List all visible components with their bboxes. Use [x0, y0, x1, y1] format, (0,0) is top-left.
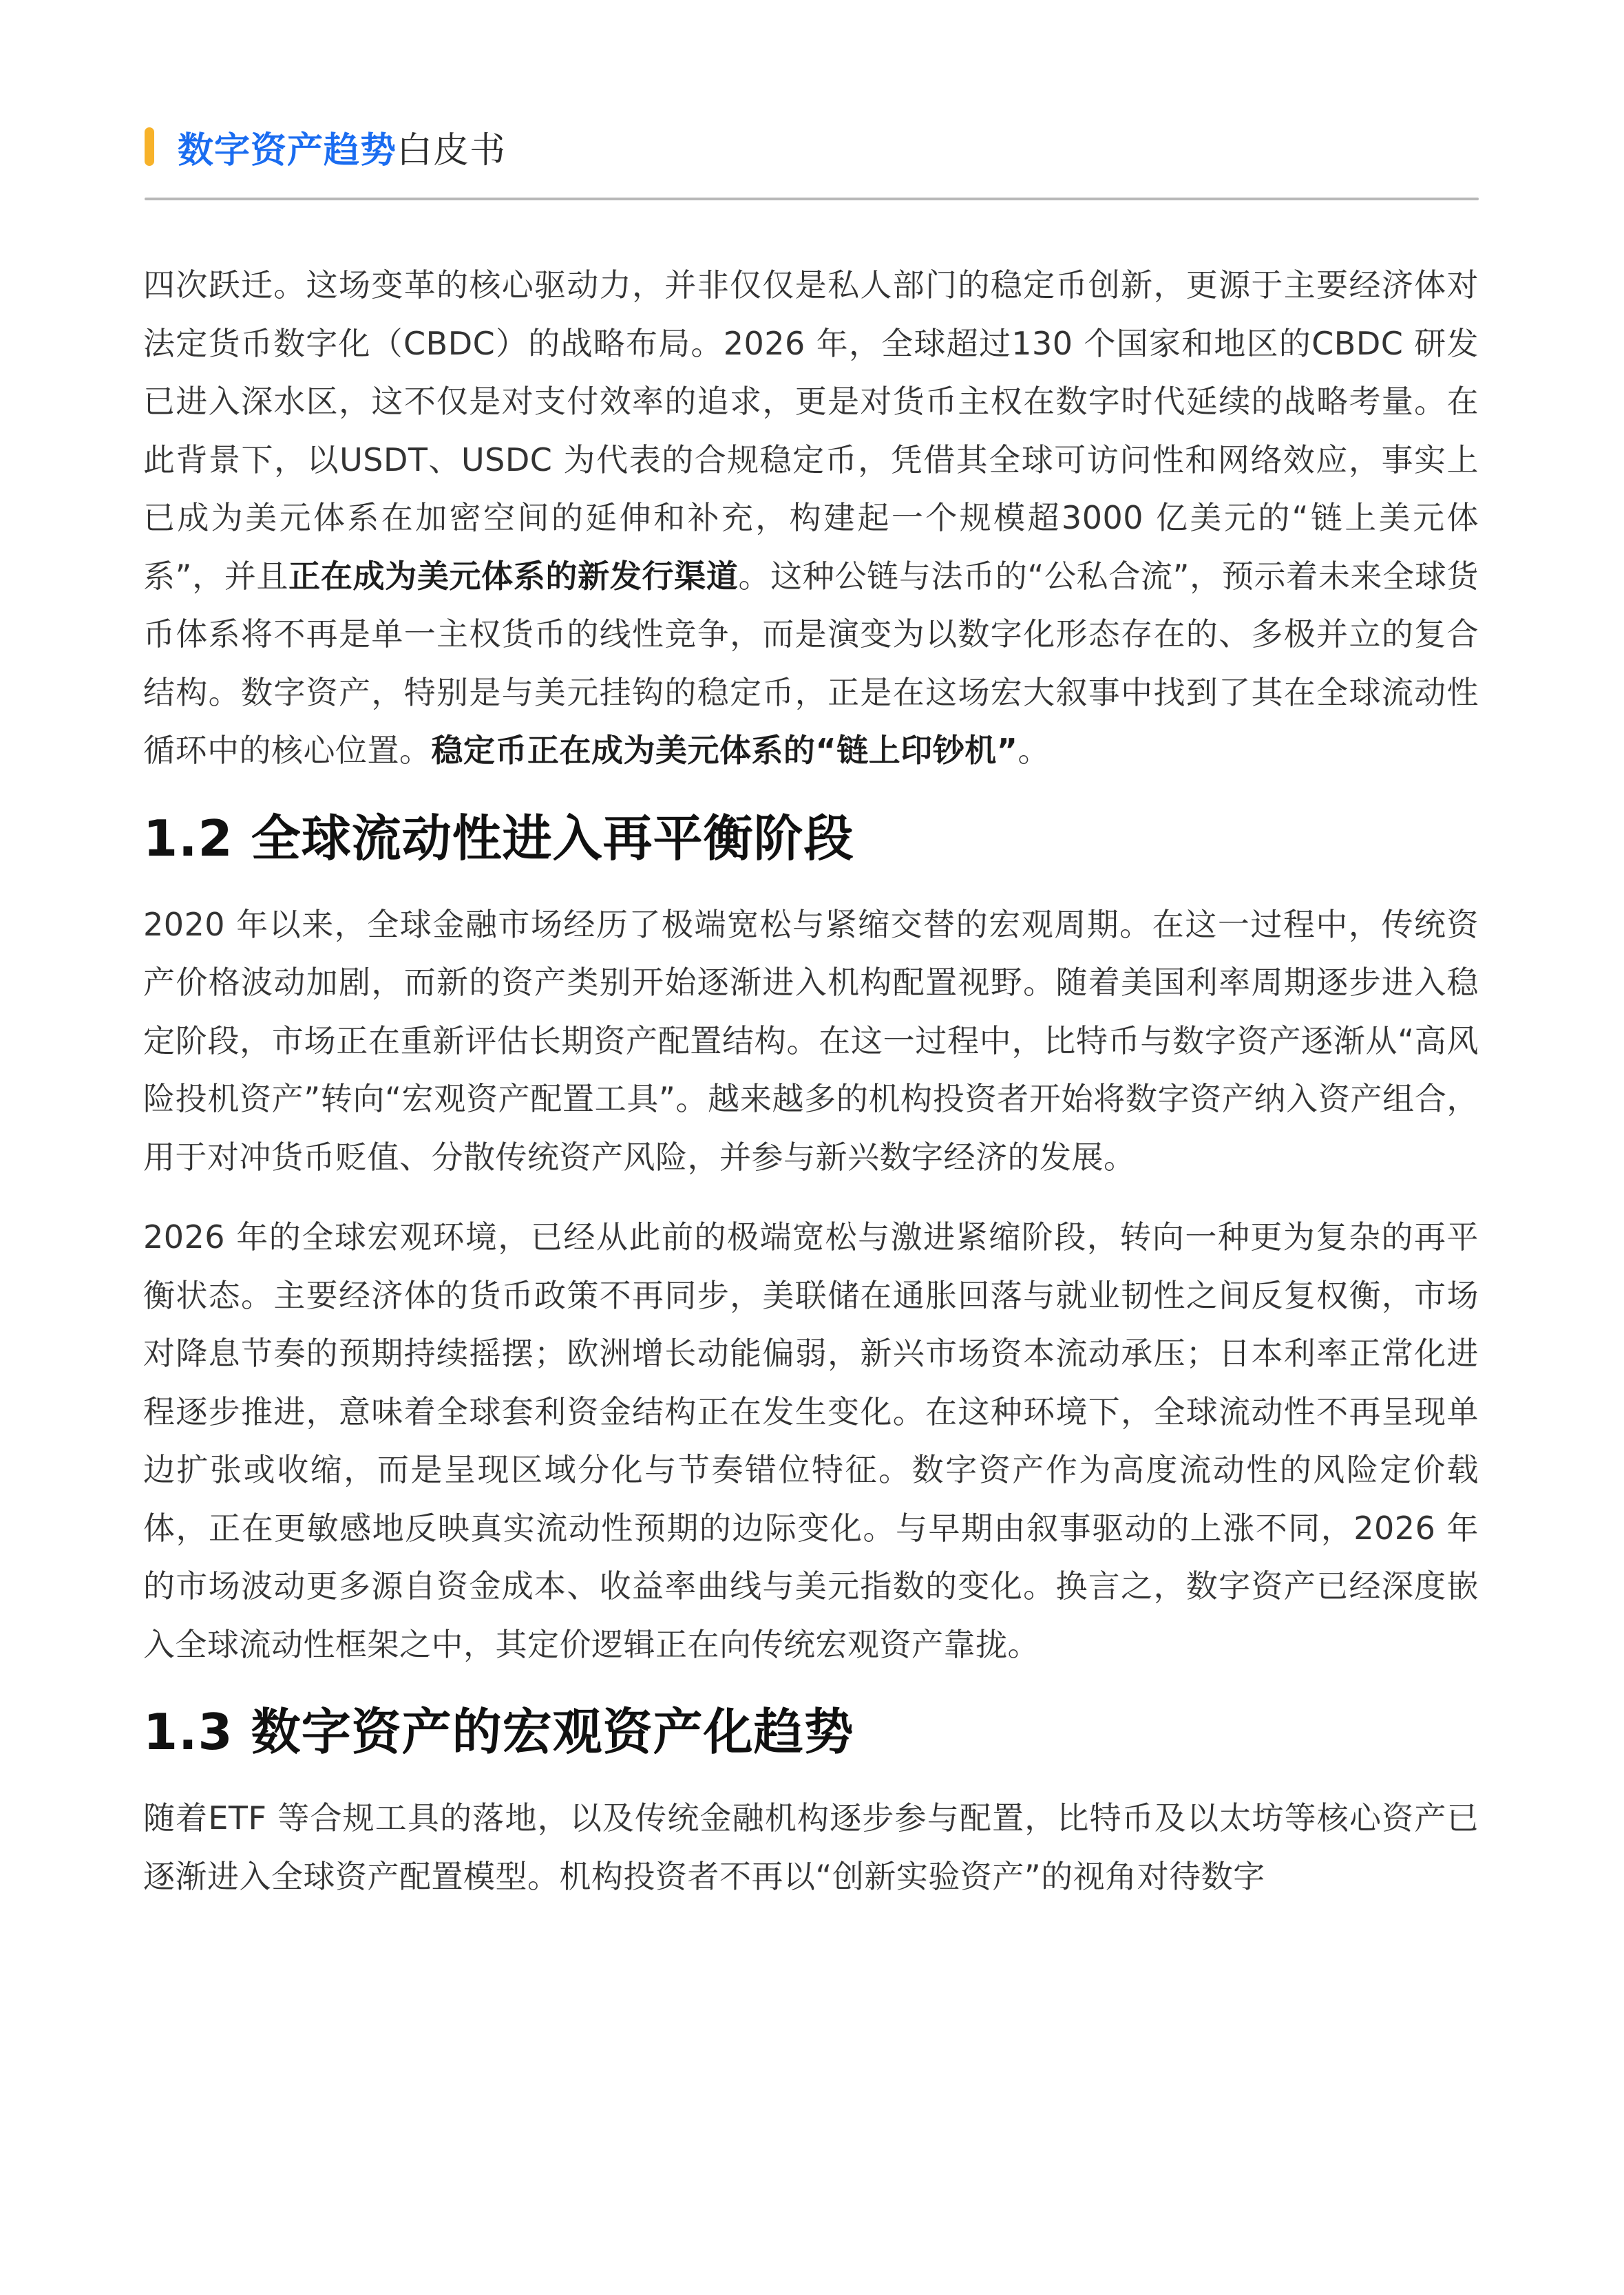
header-divider	[145, 198, 1479, 200]
intro-bold-segment: 稳定币正在成为美元体系的“链上印钞机”	[432, 732, 1018, 769]
intro-paragraph: 四次跃迁。这场变革的核心驱动力，并非仅仅是私人部门的稳定币创新，更源于主要经济体…	[143, 256, 1479, 780]
section-1-2-paragraph-2: 2026 年的全球宏观环境，已经从此前的极端宽松与激进紧缩阶段，转向一种更为复杂…	[143, 1208, 1479, 1673]
intro-text-segment: 四次跃迁。这场变革的核心驱动力，并非仅仅是私人部门的稳定币创新，更源于主要经济体…	[143, 266, 1479, 595]
header-title-light: 白皮书	[397, 121, 506, 173]
document-header: 数字资产趋势 白皮书	[143, 123, 506, 171]
document-body: 四次跃迁。这场变革的核心驱动力，并非仅仅是私人部门的稳定币创新，更源于主要经济体…	[143, 256, 1479, 1905]
header-accent-bar	[145, 127, 154, 166]
section-1-2-paragraph-1: 2020 年以来，全球金融市场经历了极端宽松与紧缩交替的宏观周期。在这一过程中，…	[143, 896, 1479, 1187]
intro-bold-segment: 正在成为美元体系的新发行渠道	[288, 558, 738, 595]
header-title-strong: 数字资产趋势	[178, 121, 397, 173]
intro-text-segment: 。	[1017, 732, 1050, 769]
section-1-3-paragraph-1: 随着ETF 等合规工具的落地，以及传统金融机构逐步参与配置，比特币及以太坊等核心…	[143, 1789, 1479, 1905]
section-heading-1-3: 1.3 数字资产的宏观资产化趋势	[143, 1701, 1479, 1763]
section-heading-1-2: 1.2 全球流动性进入再平衡阶段	[143, 807, 1479, 869]
